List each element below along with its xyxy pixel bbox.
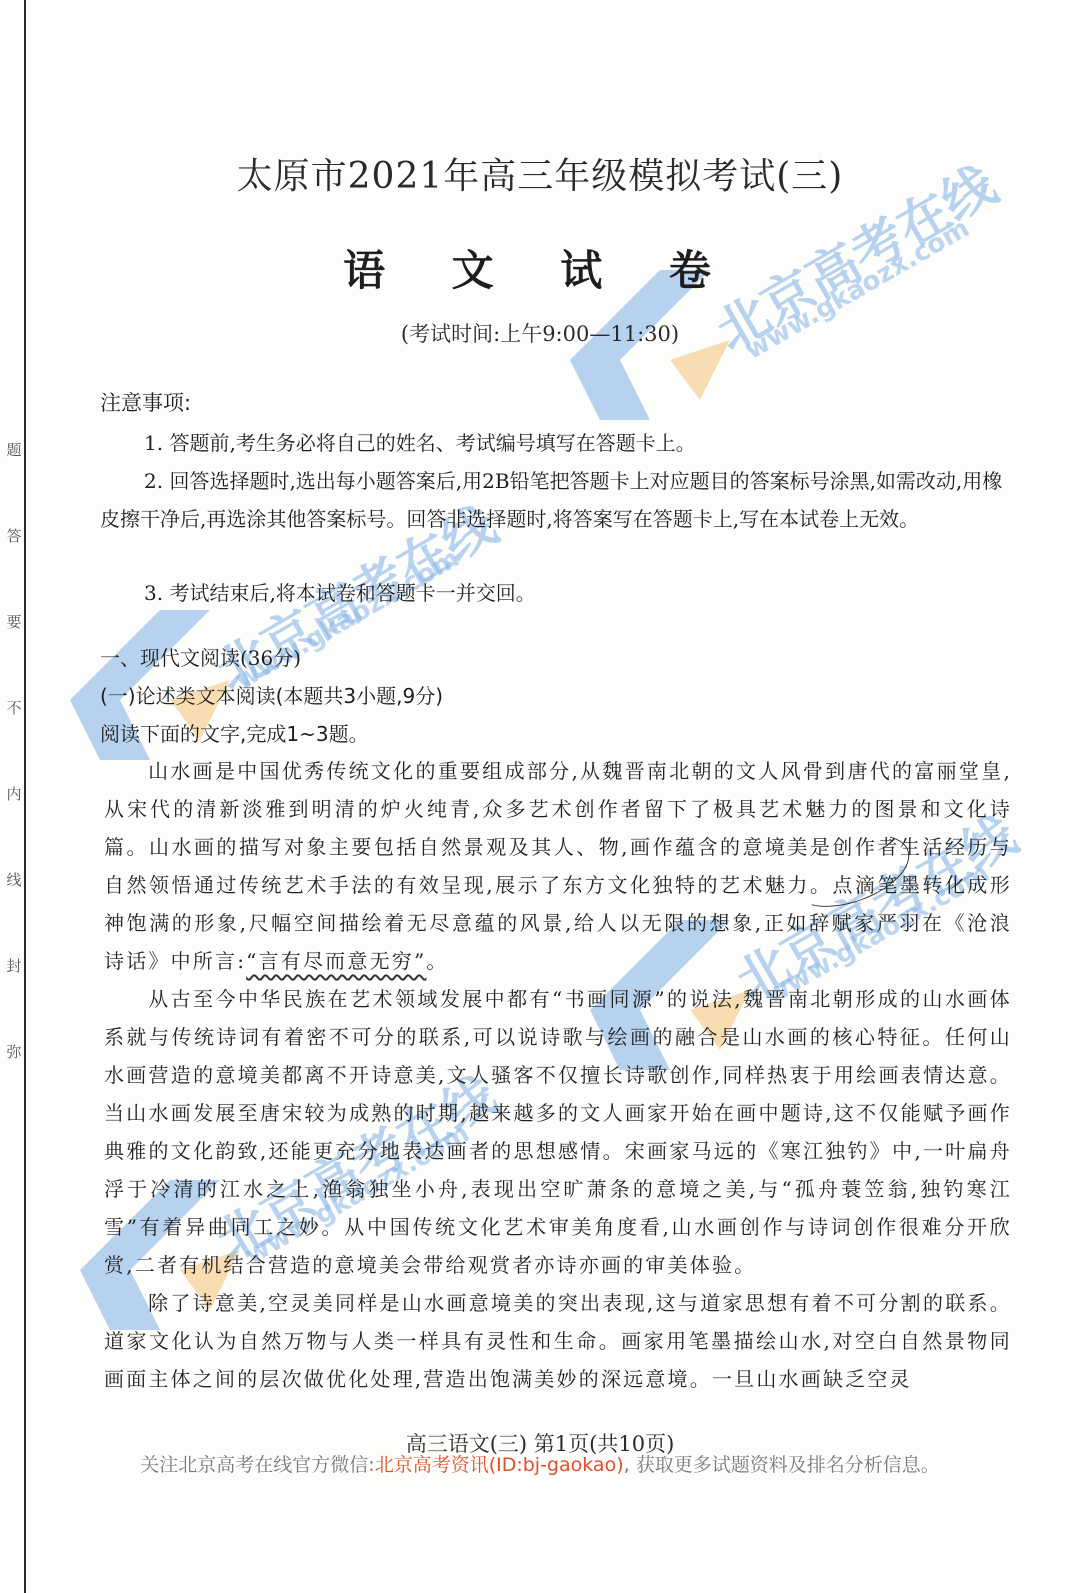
exam-time: (考试时间:上午9:00—11:30) <box>0 318 1080 348</box>
wavy-underlined-quote: “言有尽而意无穷” <box>246 949 426 973</box>
part-title: 一、现代文阅读(36分) <box>100 642 301 671</box>
margin-char: 不 <box>6 698 21 784</box>
passage-paragraph-3: 除了诗意美,空灵美同样是山水画意境美的突出表现,这与道家思想有着不可分割的联系。… <box>104 1284 1012 1398</box>
margin-char: 内 <box>6 784 21 870</box>
promo-banner: 关注北京高考在线官方微信:北京高考资讯(ID:bj-gaokao), 获取更多试… <box>0 1450 1080 1477</box>
subject-title: 语 文 试 卷 <box>0 238 1080 298</box>
note-item-1: 1. 答题前,考生务必将自己的姓名、考试编号填写在答题卡上。 <box>100 424 1010 462</box>
passage-paragraph-2: 从古至今中华民族在艺术领域发展中都有“书画同源”的说法,魏晋南北朝形成的山水画体… <box>104 980 1012 1284</box>
reading-instruction: 阅读下面的文字,完成1~3题。 <box>100 718 369 747</box>
binding-margin-text: 题 答 要 不 内 线 封 弥 <box>4 440 24 1128</box>
sub-section-title: (一)论述类文本阅读(本题共3小题,9分) <box>100 680 443 709</box>
paragraph-text: 。 <box>426 949 448 973</box>
margin-char: 弥 <box>6 1042 21 1128</box>
watermark-url: www.gkaozx.com <box>230 543 465 696</box>
promo-suffix: , 获取更多试题资料及排名分析信息。 <box>624 1454 940 1476</box>
note-text: 2. 回答选择题时,选出每小题答案后,用2B铅笔把答题卡上对应题目的答案标号涂黑… <box>100 469 1002 531</box>
promo-wechat-id[interactable]: 北京高考资讯(ID:bj-gaokao) <box>375 1454 624 1476</box>
margin-char: 封 <box>6 956 21 1042</box>
margin-char: 题 <box>6 440 21 526</box>
note-item-2: 2. 回答选择题时,选出每小题答案后,用2B铅笔把答题卡上对应题目的答案标号涂黑… <box>100 462 1010 538</box>
paragraph-text: 除了诗意美,空灵美同样是山水画意境美的突出表现,这与道家思想有着不可分割的联系。… <box>104 1291 1012 1391</box>
paragraph-text: 从古至今中华民族在艺术领域发展中都有“书画同源”的说法,魏晋南北朝形成的山水画体… <box>104 987 1012 1277</box>
notes-heading: 注意事项: <box>100 387 191 417</box>
margin-char: 要 <box>6 612 21 698</box>
margin-char: 答 <box>6 526 21 612</box>
exam-title: 太原市2021年高三年级模拟考试(三) <box>0 148 1080 199</box>
promo-prefix: 关注北京高考在线官方微信: <box>140 1454 374 1476</box>
note-item-3: 3. 考试结束后,将本试卷和答题卡一并交回。 <box>100 574 1010 612</box>
note-text: 1. 答题前,考生务必将自己的姓名、考试编号填写在答题卡上。 <box>144 431 696 455</box>
note-text: 3. 考试结束后,将本试卷和答题卡一并交回。 <box>144 581 536 605</box>
margin-char: 线 <box>6 870 21 956</box>
